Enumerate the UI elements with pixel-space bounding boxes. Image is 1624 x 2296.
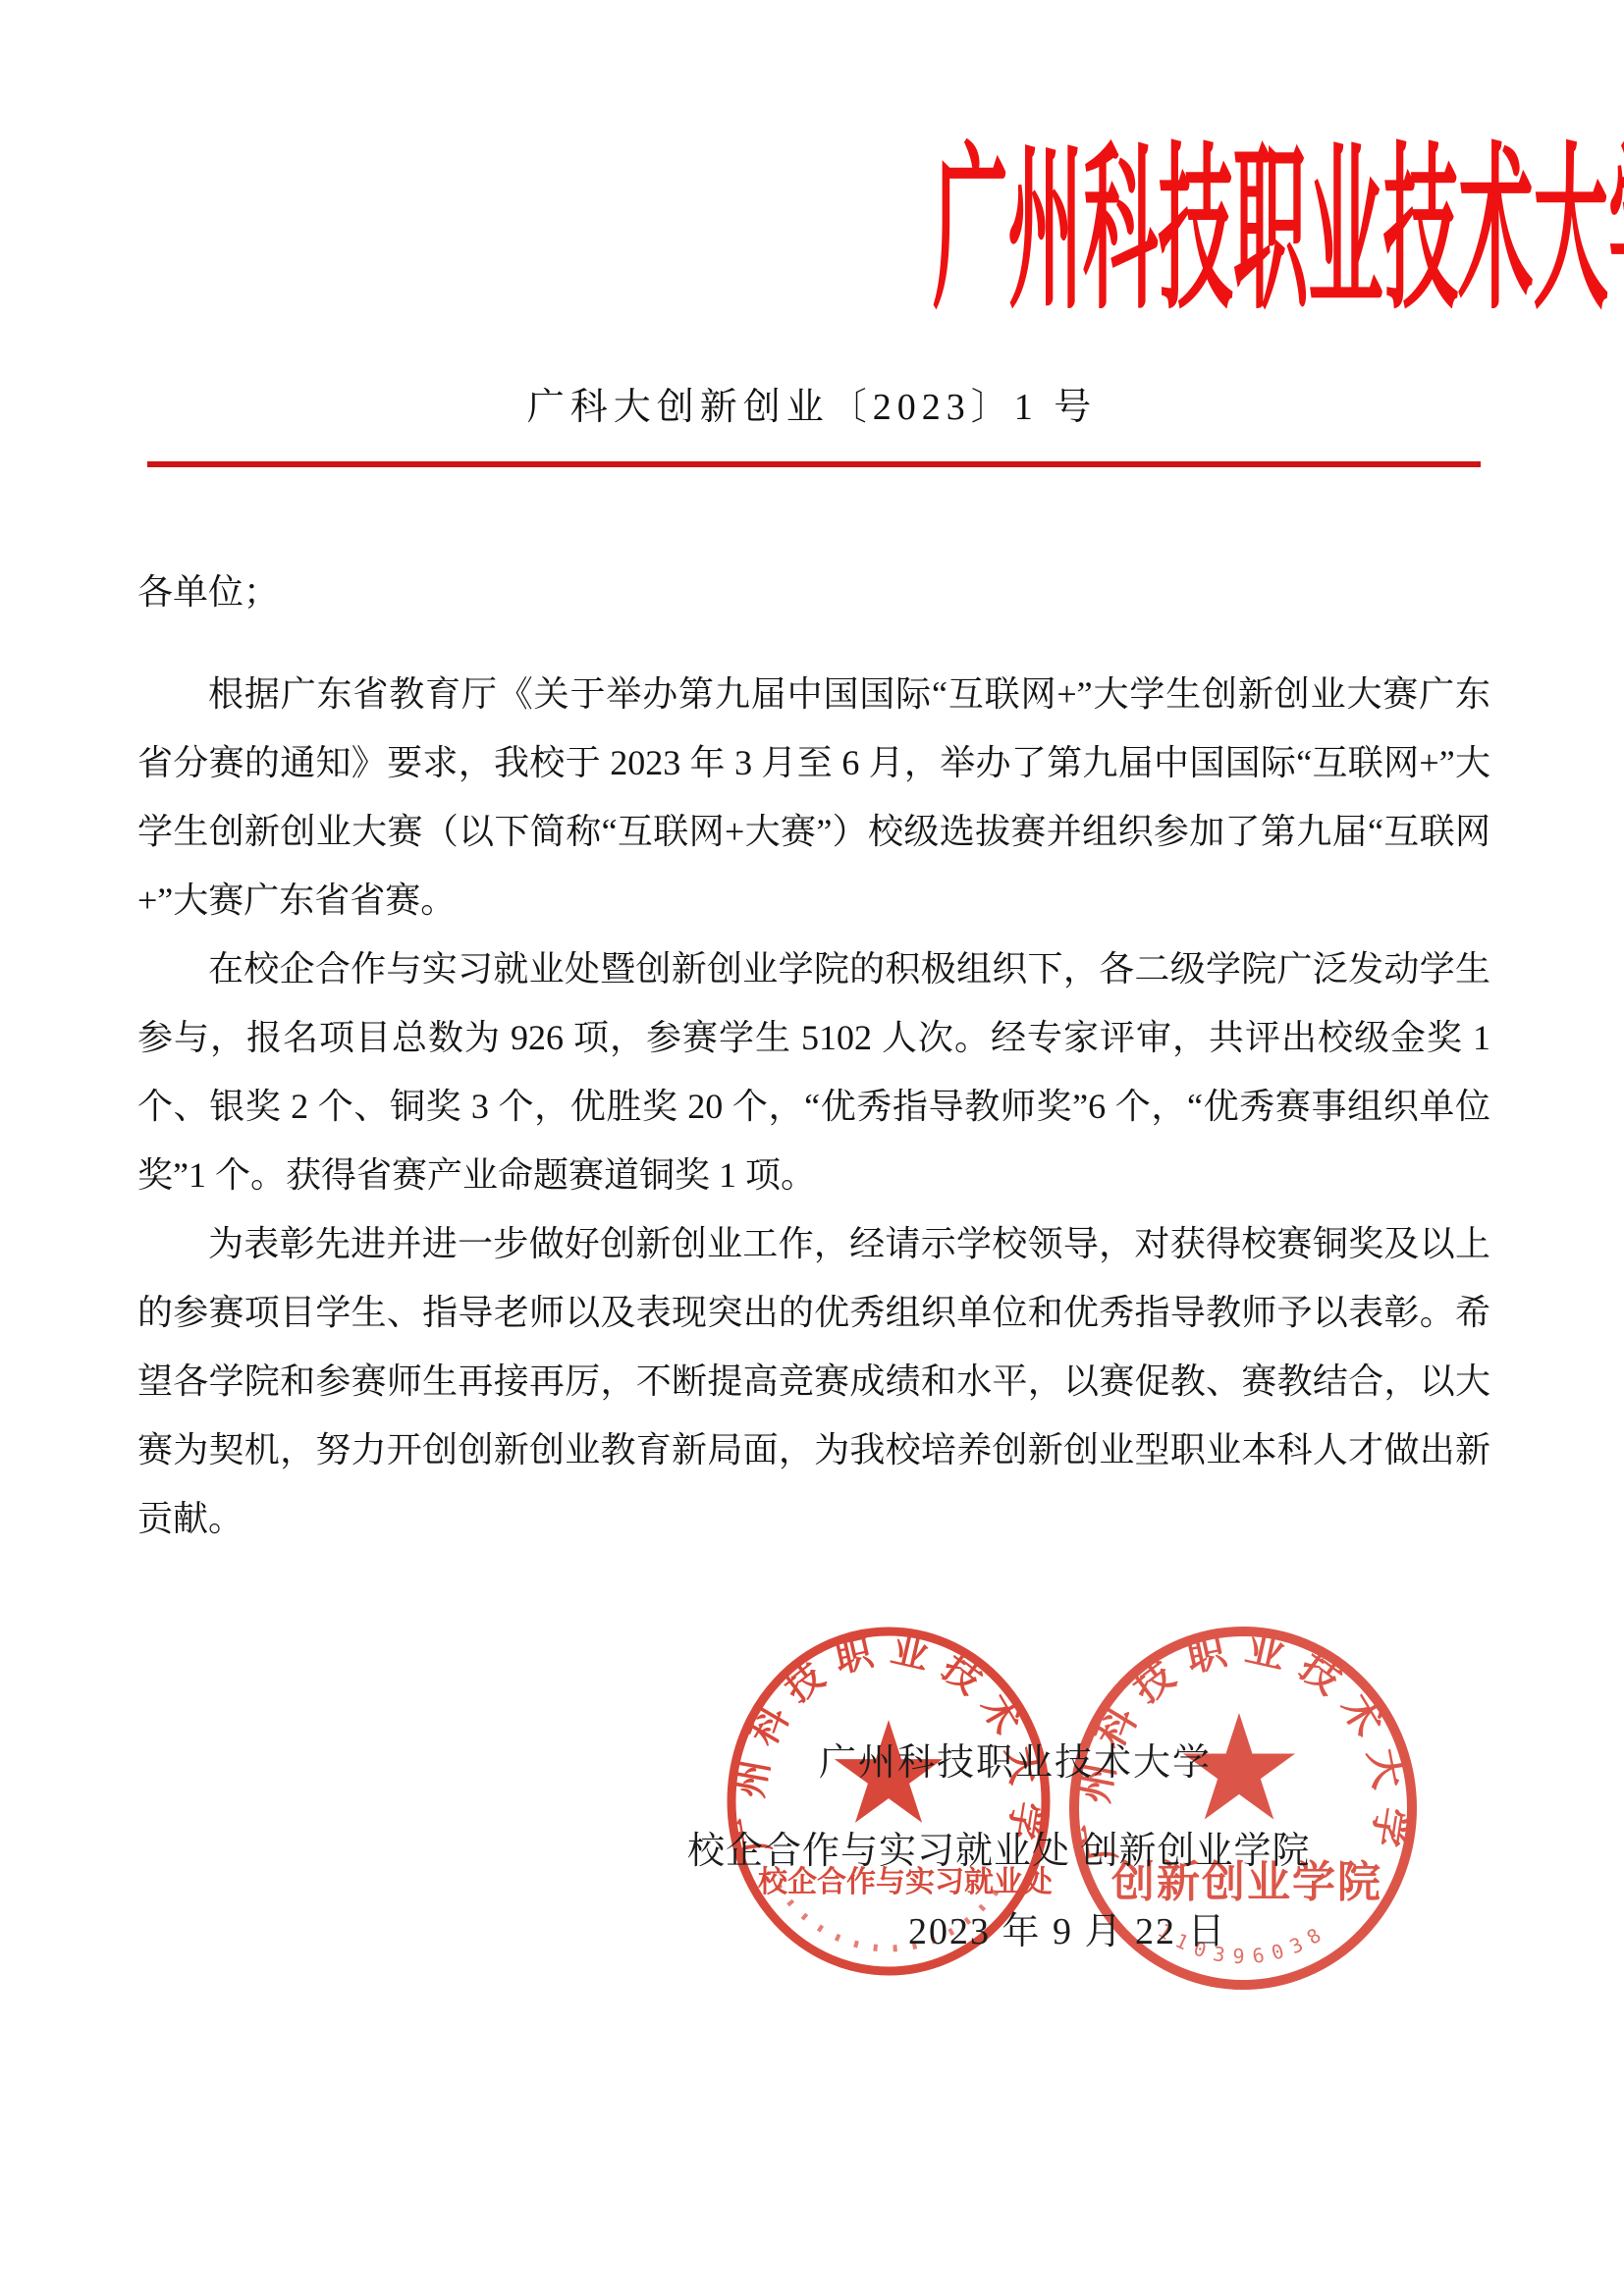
official-seals: 广州科技职业技术大学 校企合作与实习就业处 广州科技职业技术大学 创新创业学院 … xyxy=(0,0,1624,2296)
document-page: 广州科技职业技术大学创新创业学院文件 广科大创新创业〔2023〕1 号 各单位；… xyxy=(0,0,1624,2296)
signature-org-line2: 校企合作与实习就业处 创新创业学院 xyxy=(687,1820,1311,1874)
signature-org-line1: 广州科技职业技术大学 xyxy=(819,1732,1212,1786)
signature-date: 2023 年 9 月 22 日 xyxy=(908,1900,1227,1954)
